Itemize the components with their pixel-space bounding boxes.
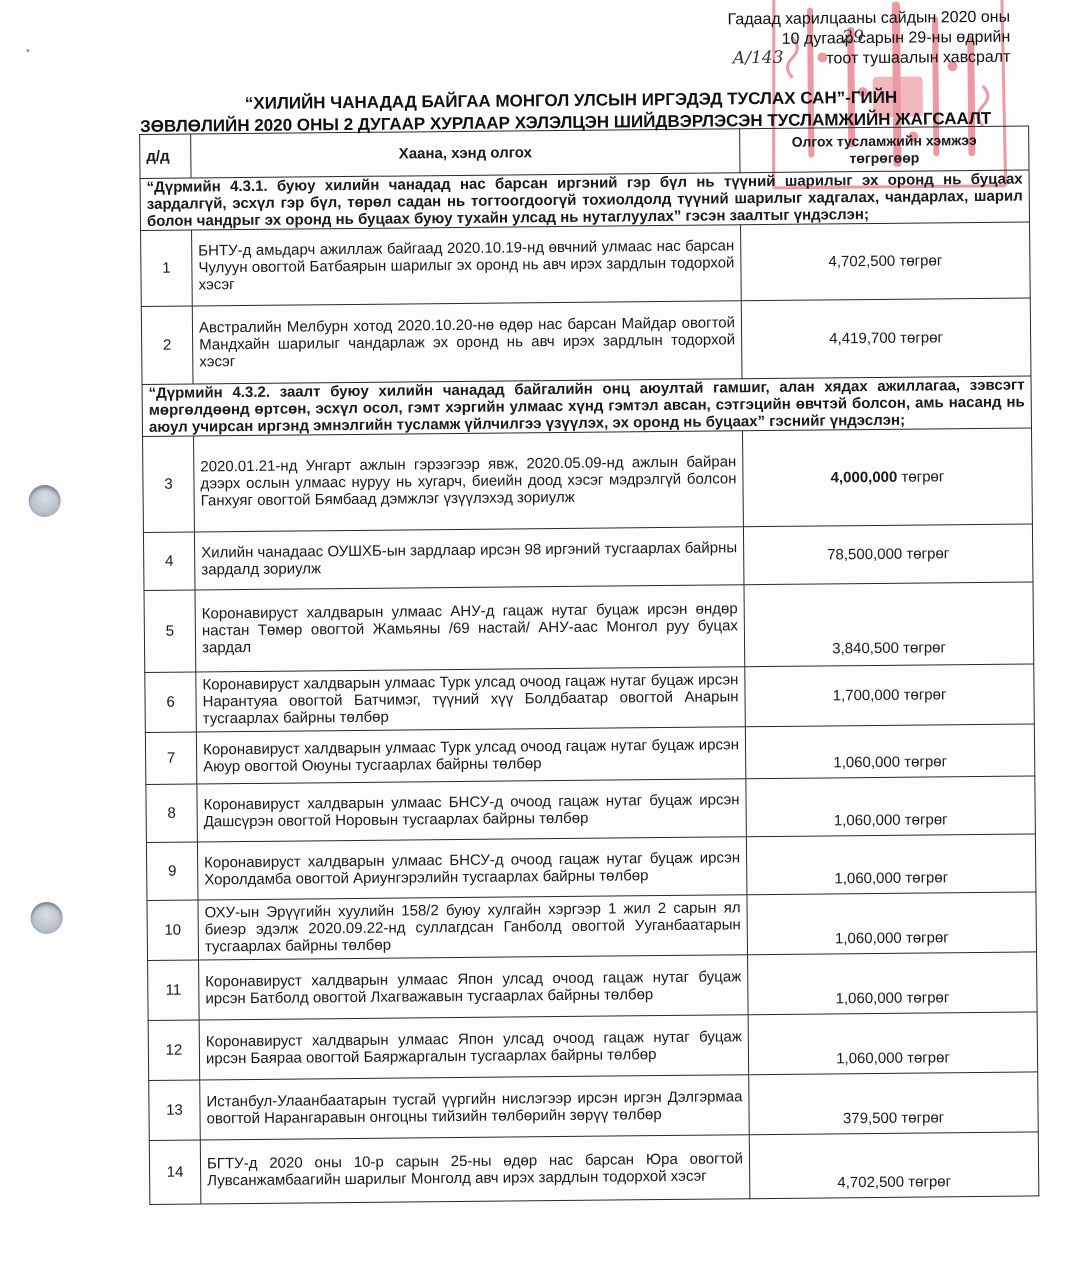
- row-description: Хилийн чанадаас ОУШХБ-ын зардлаар ирсэн …: [194, 527, 744, 590]
- assistance-table: д/д Хаана, хэнд олгох Олгох тусламжийн х…: [139, 125, 1039, 1204]
- table-row: 9 Коронавируст халдварын улмаас БНСУ-д о…: [146, 834, 1036, 901]
- row-amount: 4,702,500 төгрөг: [749, 1132, 1039, 1199]
- header-number: д/д: [140, 134, 191, 178]
- table-row: 11 Коронавируст халдварын улмаас Япон ул…: [148, 952, 1038, 1021]
- row-number: 4: [143, 532, 195, 590]
- row-description: Коронавируст халдварын улмаас БНСУ-д очо…: [197, 837, 747, 900]
- table-row: 1 БНТУ-д амьдарч ажиллаж байгаад 2020.10…: [141, 222, 1031, 307]
- row-description: Коронавируст халдварын улмаас Турк улсад…: [196, 727, 745, 784]
- table-row: 3 2020.01.21-нд Унгарт ажлын гэрээгээр я…: [143, 428, 1033, 533]
- row-description: 2020.01.21-нд Унгарт ажлын гэрээгээр явж…: [194, 431, 744, 532]
- row-number: 13: [149, 1080, 201, 1140]
- row-amount: 1,060,000 төгрөг: [748, 952, 1038, 1015]
- row-amount: 1,060,000 төгрөг: [746, 834, 1036, 895]
- row-amount: 78,500,000 төгрөг: [743, 524, 1033, 585]
- amount-unit: төгрөг: [897, 468, 944, 485]
- row-number: 7: [145, 732, 196, 784]
- row-amount: 1,700,000 төгрөг: [745, 664, 1035, 727]
- row-description: Австралийн Мелбурн хотод 2020.10.20-нө ө…: [192, 301, 742, 384]
- row-description: Истанбул-Улаанбаатарын тусгай үүргийн ни…: [200, 1075, 750, 1140]
- row-number: 12: [148, 1020, 200, 1080]
- row-amount: 3,840,500 төгрөг: [744, 582, 1034, 667]
- row-number: 8: [146, 784, 198, 842]
- handwritten-day: 29: [842, 27, 864, 47]
- section-row: “Дүрмийн 4.3.2. заалт буюу хилийн чанада…: [142, 376, 1031, 437]
- row-number: 5: [144, 590, 196, 672]
- table-row: 6 Коронавируст халдварын улмаас Турк улс…: [145, 664, 1035, 733]
- row-amount: 1,060,000 төгрөг: [748, 1012, 1038, 1075]
- header-amount: Олгох тусламжийн хэмжээ төгрөгөөр: [740, 126, 1029, 173]
- speck: [26, 49, 29, 52]
- row-description: Коронавируст халдварын улмаас Турк улсад…: [196, 667, 746, 732]
- row-description: БНТУ-д амьдарч ажиллаж байгаад 2020.10.1…: [192, 225, 742, 306]
- header-amount-line-2: төгрөгөөр: [746, 148, 1022, 168]
- row-number: 6: [145, 672, 197, 732]
- row-number: 9: [146, 842, 198, 900]
- row-amount: 1,060,000 төгрөг: [747, 892, 1037, 955]
- amount-bold-value: 4,000,000: [830, 469, 897, 487]
- row-description: Коронавируст халдварын улмаас Япон улсад…: [199, 1015, 749, 1080]
- row-amount: 379,500 төгрөг: [749, 1072, 1039, 1135]
- row-description: Коронавируст халдварын улмаас БНСУ-д очо…: [197, 779, 747, 842]
- section-4-3-2: “Дүрмийн 4.3.2. заалт буюу хилийн чанада…: [142, 376, 1031, 437]
- row-description: Коронавируст халдварын улмаас АНУ-д гаца…: [195, 585, 745, 672]
- row-amount: 1,060,000 төгрөг: [745, 724, 1034, 779]
- table-row: 8 Коронавируст халдварын улмаас БНСУ-д о…: [146, 776, 1036, 843]
- row-number: 11: [148, 960, 200, 1020]
- binder-hole-top: [28, 485, 60, 517]
- table-row: 14 БГТУ-д 2020 оны 10-р сарын 25-ны өдөр…: [149, 1132, 1039, 1205]
- row-number: 2: [141, 306, 193, 384]
- row-description: БГТУ-д 2020 оны 10-р сарын 25-ны өдөр на…: [200, 1135, 750, 1204]
- row-number: 10: [147, 900, 199, 960]
- annex-line-1: Гадаад харилцааны сайдын 2020 оны: [728, 8, 1011, 31]
- row-amount: 4,702,500 төгрөг: [741, 222, 1031, 301]
- table-row: 2 Австралийн Мелбурн хотод 2020.10.20-нө…: [141, 298, 1031, 385]
- section-row: “Дүрмийн 4.3.1. буюу хилийн чанадад нас …: [140, 170, 1029, 231]
- table-row: 7 Коронавируст халдварын улмаас Турк улс…: [145, 724, 1034, 785]
- header-description: Хаана, хэнд олгох: [191, 129, 740, 178]
- table-row: 5 Коронавируст халдварын улмаас АНУ-д га…: [144, 582, 1034, 673]
- table-row: 10 ОХУ-ын Эрүүгийн хуулийн 158/2 буюу ху…: [147, 892, 1037, 961]
- binder-hole-bottom: [30, 902, 62, 934]
- row-amount: 1,060,000 төгрөг: [746, 776, 1036, 837]
- row-number: 14: [149, 1140, 201, 1204]
- table-row: 4 Хилийн чанадаас ОУШХБ-ын зардлаар ирсэ…: [143, 524, 1033, 591]
- document-page: Гадаад харилцааны сайдын 2020 оны 10 дуг…: [0, 0, 1080, 1285]
- row-amount: 4,419,700 төгрөг: [741, 298, 1031, 379]
- table-row: 13 Истанбул-Улаанбаатарын тусгай үүргийн…: [149, 1072, 1039, 1141]
- table-row: 12 Коронавируст халдварын улмаас Япон ул…: [148, 1012, 1038, 1081]
- handwritten-order-number: А/143: [732, 48, 783, 68]
- row-number: 1: [141, 230, 193, 306]
- row-number: 3: [143, 436, 195, 532]
- section-4-3-1: “Дүрмийн 4.3.1. буюу хилийн чанадад нас …: [140, 170, 1029, 231]
- row-amount: 4,000,000 төгрөг: [742, 428, 1032, 527]
- row-description: Коронавируст халдварын улмаас Япон улсад…: [199, 955, 749, 1020]
- row-description: ОХУ-ын Эрүүгийн хуулийн 158/2 буюу хулга…: [198, 895, 748, 960]
